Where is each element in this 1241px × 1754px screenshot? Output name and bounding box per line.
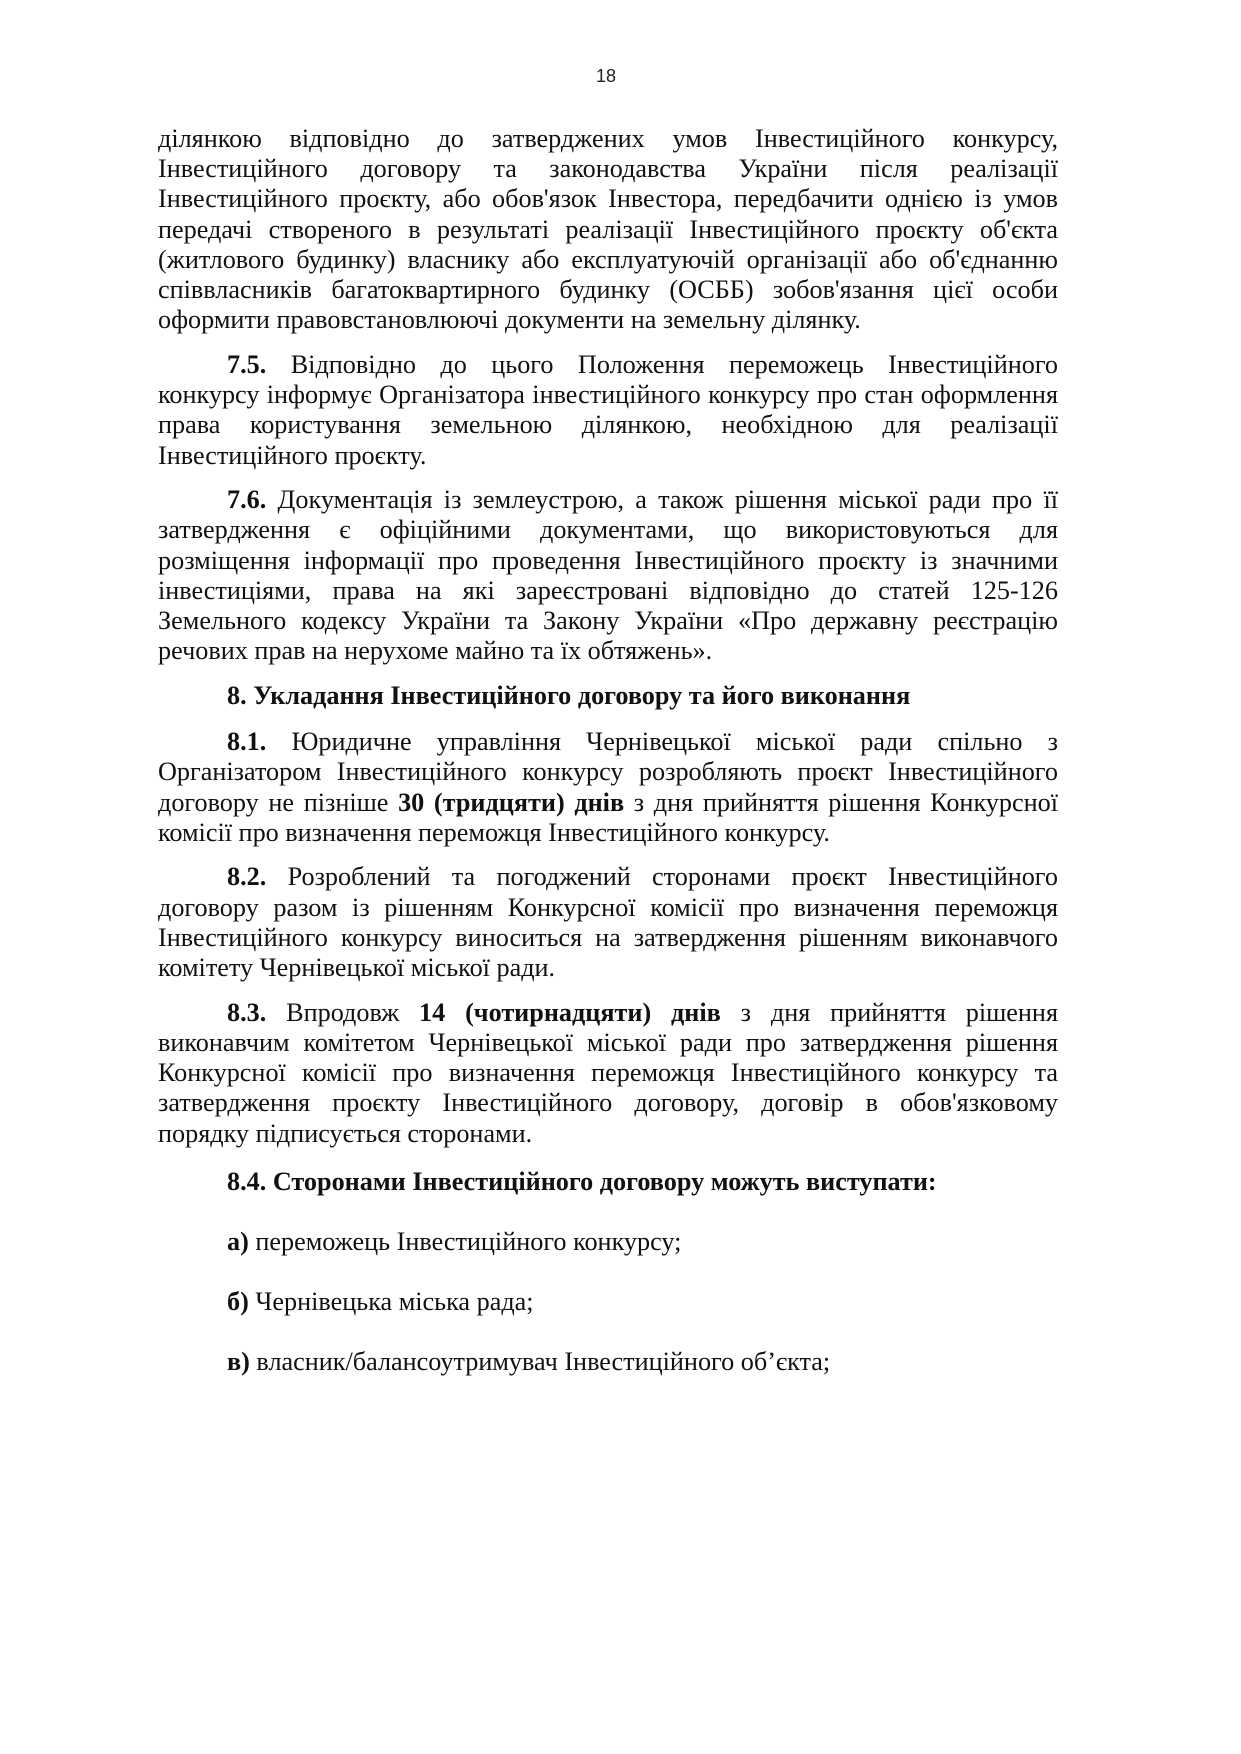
list-marker: в) [227, 1347, 250, 1376]
clause-number: 8.1. [227, 727, 266, 756]
clause-deadline: 14 (чотирнадцяти) днів [419, 998, 721, 1027]
clause-number: 8.3. [227, 998, 266, 1027]
clause-number: 8.2. [227, 862, 266, 891]
paragraph-8-1: 8.1. Юридичне управління Чернівецької мі… [158, 727, 1058, 848]
paragraph-8-2: 8.2. Розроблений та погоджений сторонами… [158, 862, 1058, 983]
list-item-a: а) переможець Інвестиційного конкурсу; [158, 1227, 1058, 1257]
paragraph-7-5: 7.5. Відповідно до цього Положення перем… [158, 350, 1058, 471]
document-body: ділянкою відповідно до затверджених умов… [158, 124, 1058, 1408]
paragraph-continuation: ділянкою відповідно до затверджених умов… [158, 124, 1058, 335]
clause-text: Документація із землеустрою, а також ріш… [158, 485, 1058, 665]
list-marker: б) [227, 1287, 249, 1316]
section-heading-8: 8. Укладання Інвестиційного договору та … [158, 681, 1058, 711]
clause-number: 7.5. [227, 350, 266, 379]
clause-deadline: 30 (тридцяти) днів [398, 788, 624, 817]
page-number: 18 [0, 66, 1212, 87]
list-text: переможець Інвестиційного конкурсу; [249, 1227, 682, 1256]
clause-text: Відповідно до цього Положення переможець… [158, 350, 1058, 470]
clause-text: Розроблений та погоджений сторонами проє… [158, 862, 1058, 982]
list-item-v: в) власник/балансоутримувач Інвестиційно… [158, 1347, 1058, 1377]
paragraph-8-4-heading: 8.4. Сторонами Інвестиційного договору м… [158, 1167, 1058, 1197]
list-text: власник/балансоутримувач Інвестиційного … [250, 1347, 830, 1376]
list-item-b: б) Чернівецька міська рада; [158, 1287, 1058, 1317]
clause-text: Впродовж [266, 998, 419, 1027]
clause-number: 7.6. [227, 485, 266, 514]
paragraph-8-3: 8.3. Впродовж 14 (чотирнадцяти) днів з д… [158, 998, 1058, 1149]
paragraph-7-6: 7.6. Документація із землеустрою, а тако… [158, 485, 1058, 666]
list-marker: а) [227, 1227, 249, 1256]
list-text: Чернівецька міська рада; [249, 1287, 534, 1316]
